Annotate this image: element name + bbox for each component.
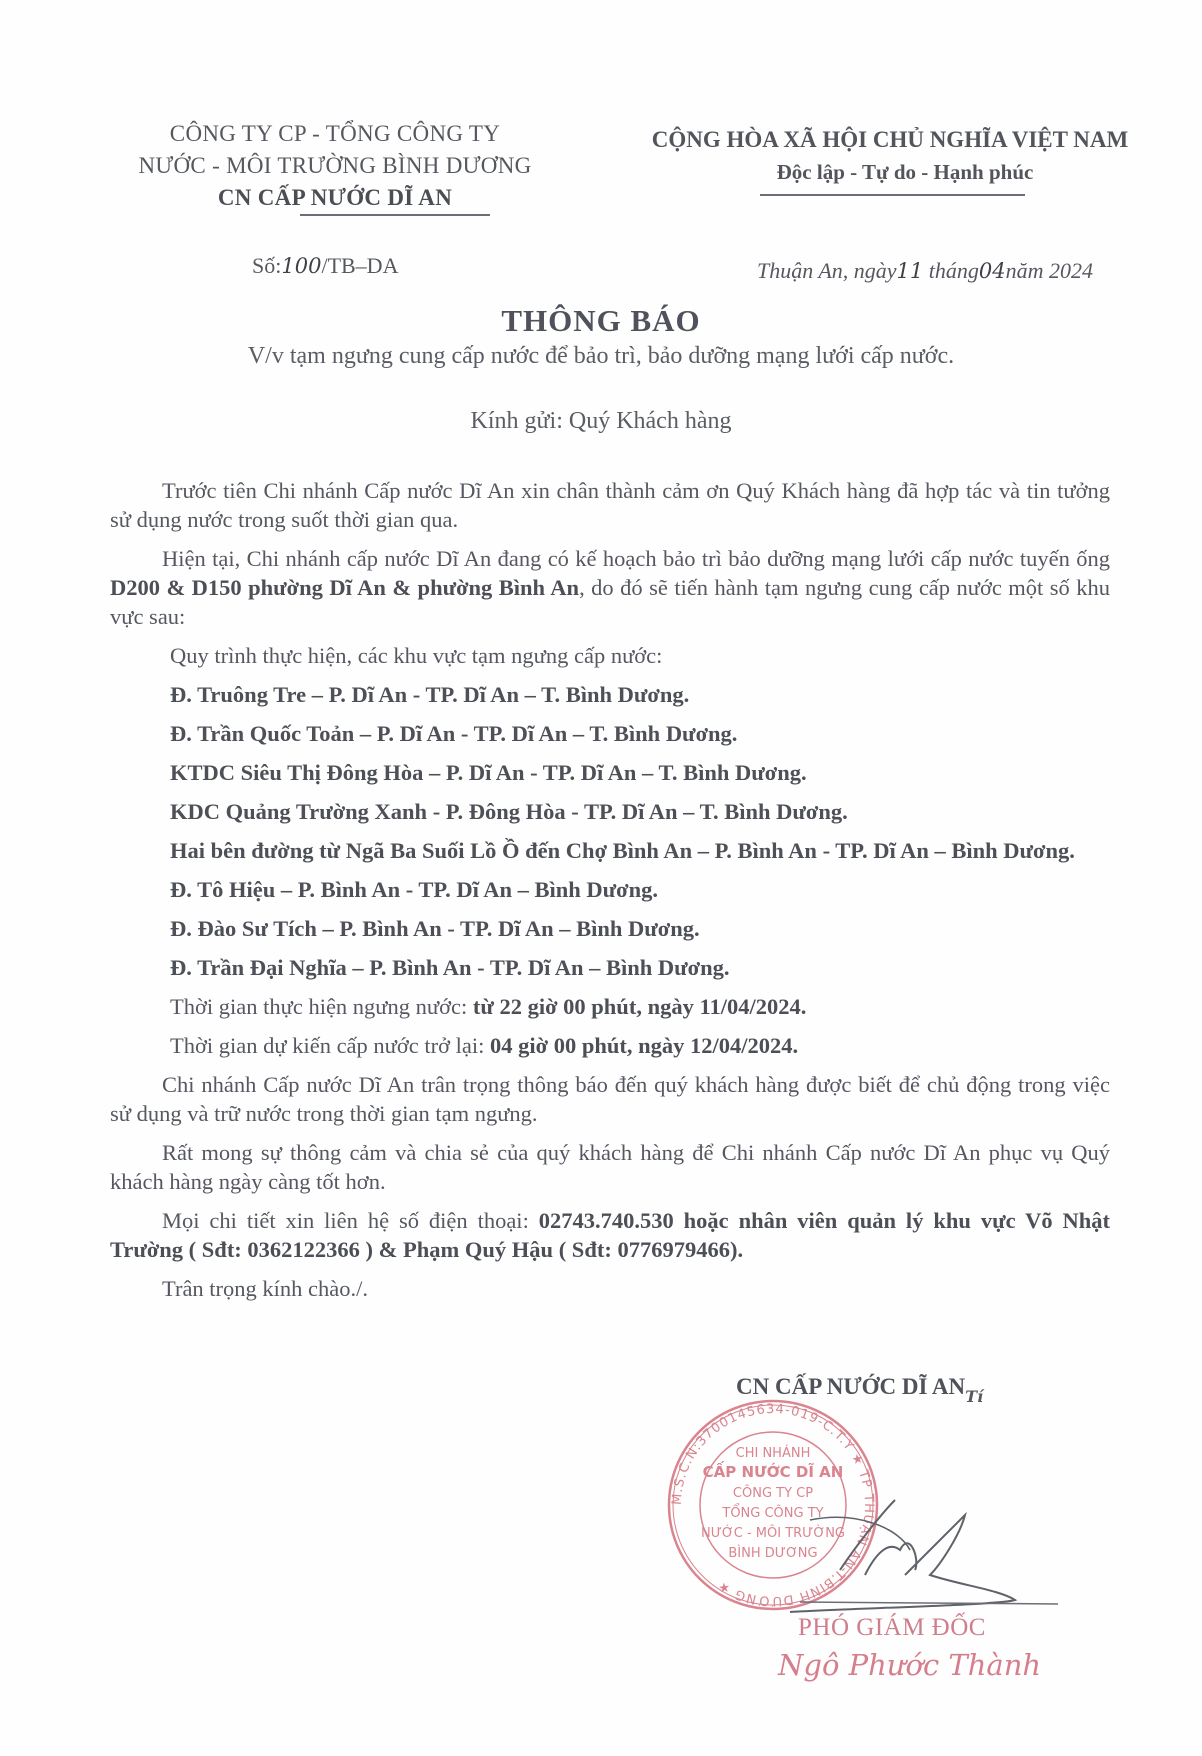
initials-mark: Tí — [965, 1387, 983, 1406]
doc-number-suffix: /TB–DA — [321, 253, 398, 278]
schedule-stop-label: Thời gian thực hiện ngưng nước: — [170, 994, 473, 1019]
area-item: Đ. Trần Đại Nghĩa – P. Bình An - TP. Dĩ … — [110, 953, 1110, 982]
date-day: 11 — [897, 259, 924, 283]
schedule-resume-label: Thời gian dự kiến cấp nước trở lại: — [170, 1033, 490, 1058]
schedule-resume-value: 04 giờ 00 phút, ngày 12/04/2024. — [490, 1033, 798, 1058]
nation-line-2: Độc lập - Tự do - Hạnh phúc — [650, 156, 1160, 188]
signatory-name: Ngô Phước Thành — [778, 1648, 1041, 1682]
document-title: THÔNG BÁO — [0, 303, 1202, 339]
document-subject: V/v tạm ngưng cung cấp nước để bảo trì, … — [0, 343, 1202, 370]
signatory-title: PHÓ GIÁM ĐỐC — [798, 1614, 986, 1642]
motto-underline — [760, 194, 1025, 196]
svg-text:CẤP NƯỚC DĨ AN: CẤP NƯỚC DĨ AN — [703, 1460, 844, 1481]
document-number: Số:100/TB–DA — [252, 253, 398, 279]
plan-pipeline-highlight: D200 & D150 phường Dĩ An & phường Bình A… — [110, 575, 579, 600]
closing-notice: Chi nhánh Cấp nước Dĩ An trân trọng thôn… — [110, 1070, 1110, 1128]
org-line-1: CÔNG TY CP - TỔNG CÔNG TY — [110, 118, 560, 150]
schedule-stop: Thời gian thực hiện ngưng nước: từ 22 gi… — [110, 992, 1110, 1021]
date-place: Thuận An, ngày — [757, 258, 897, 283]
handwritten-signature-icon — [660, 1480, 1080, 1620]
closing-apology: Rất mong sự thông cảm và chia sẻ của quý… — [110, 1138, 1110, 1196]
org-line-2: NƯỚC - MÔI TRƯỜNG BÌNH DƯƠNG — [110, 150, 560, 182]
date-month: 04 — [979, 259, 1006, 283]
area-item: KDC Quảng Trường Xanh - P. Đông Hòa - TP… — [110, 797, 1110, 826]
issue-date: Thuận An, ngày11 tháng04năm 2024 — [757, 258, 1093, 284]
paragraph-procedure: Quy trình thực hiện, các khu vực tạm ngư… — [110, 641, 1110, 670]
svg-text:CHI NHÁNH: CHI NHÁNH — [736, 1445, 811, 1461]
org-underline — [300, 214, 490, 216]
contact-label: Mọi chi tiết xin liên hệ số điện thoại: — [162, 1208, 539, 1233]
doc-number-handwritten: 100 — [281, 254, 321, 278]
plan-text: Hiện tại, Chi nhánh cấp nước Dĩ An đang … — [162, 546, 1110, 571]
area-item: Đ. Tô Hiệu – P. Bình An - TP. Dĩ An – Bì… — [110, 875, 1110, 904]
area-item: Hai bên đường từ Ngã Ba Suối Lồ Ồ đến Ch… — [110, 836, 1110, 865]
paragraph-thanks: Trước tiên Chi nhánh Cấp nước Dĩ An xin … — [110, 476, 1110, 534]
farewell: Trân trọng kính chào./. — [110, 1274, 1110, 1303]
area-item: Đ. Truông Tre – P. Dĩ An - TP. Dĩ An – T… — [110, 680, 1110, 709]
greeting: Kính gửi: Quý Khách hàng — [0, 408, 1202, 435]
date-month-label: tháng — [929, 258, 979, 283]
area-item: Đ. Trần Quốc Toản – P. Dĩ An - TP. Dĩ An… — [110, 719, 1110, 748]
doc-number-prefix: Số: — [252, 253, 281, 278]
area-item: KTDC Siêu Thị Đông Hòa – P. Dĩ An - TP. … — [110, 758, 1110, 787]
national-motto-block: CỘNG HÒA XÃ HỘI CHỦ NGHĨA VIỆT NAM Độc l… — [620, 124, 1160, 196]
contact-info: Mọi chi tiết xin liên hệ số điện thoại: … — [110, 1206, 1110, 1264]
org-line-3: CN CẤP NƯỚC DĨ AN — [110, 182, 560, 214]
issuing-organization-block: CÔNG TY CP - TỔNG CÔNG TY NƯỚC - MÔI TRƯ… — [110, 118, 560, 216]
schedule-resume: Thời gian dự kiến cấp nước trở lại: 04 g… — [110, 1031, 1110, 1060]
area-item: Đ. Đào Sư Tích – P. Bình An - TP. Dĩ An … — [110, 914, 1110, 943]
affected-areas-list: Đ. Truông Tre – P. Dĩ An - TP. Dĩ An – T… — [110, 680, 1110, 982]
paragraph-plan: Hiện tại, Chi nhánh cấp nước Dĩ An đang … — [110, 544, 1110, 631]
date-year: năm 2024 — [1006, 258, 1093, 283]
nation-line-1: CỘNG HÒA XÃ HỘI CHỦ NGHĨA VIỆT NAM — [620, 124, 1160, 156]
document-body: Trước tiên Chi nhánh Cấp nước Dĩ An xin … — [110, 476, 1110, 1313]
schedule-stop-value: từ 22 giờ 00 phút, ngày 11/04/2024. — [473, 994, 807, 1019]
